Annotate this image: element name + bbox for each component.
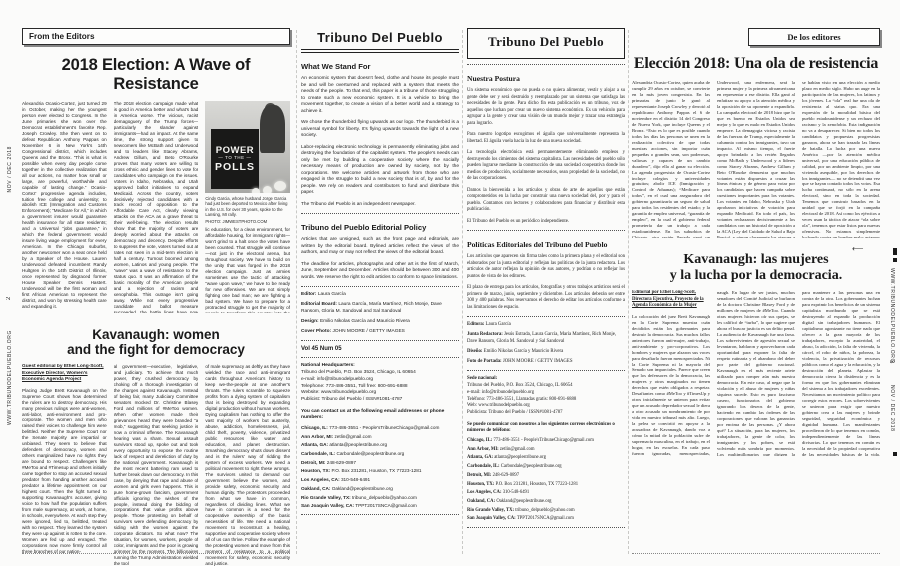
page-fold-line [462, 30, 463, 554]
article-kavanaugh-es-columns: Editorial por Ethel Long-Scott, Director… [632, 290, 880, 456]
title-line: Kavanaugh: las mujeres [683, 252, 828, 267]
staff-junta-redactora: Junta Redactora: Jesús Estrada, Laura Ga… [467, 332, 625, 345]
article-column: se habían visto en una elección a medio … [802, 80, 880, 238]
contact-line: Houston, TX: P.O. Box 231281, Houston, T… [301, 468, 459, 474]
left-margin-date: NOV / DEC 2018 [7, 146, 13, 192]
article-title-eleccion-2018: Elección 2018: Una ola de resistencia [632, 55, 880, 73]
contact-line: Los Angeles, CA: 310-548-6491 [467, 490, 625, 496]
contact-info: zetlin@gmail.com [334, 434, 371, 439]
contact-info: tribuno_delpueblo@yahoo.com [515, 508, 574, 513]
dotted-divider [301, 514, 459, 515]
contact-city: Chicago, IL: [467, 438, 492, 443]
title-line: y la lucha por la democracia. [670, 268, 842, 283]
staff-label: Design: [301, 319, 319, 324]
contact-info: Oakland@peoplestribune.org [332, 486, 393, 491]
dotted-divider [467, 230, 625, 231]
dotted-divider [467, 64, 625, 65]
page-masthead-english: Tribuno Del Pueblo What We Stand For An … [301, 28, 459, 552]
contact-line: Detroit, MI: 248-629-0897 [301, 460, 459, 466]
contact-line: Atlanta, GA: atlanta@peoplestribune.org [301, 442, 459, 448]
hq-email: e-mail: info@tribunodelpueblo.org [301, 377, 459, 384]
hq-website: Web: www.tribunodelpueblo.org [467, 403, 625, 410]
paragraph: Para nuestro logotipo escogimos el águil… [467, 132, 625, 145]
contact-city: Detroit, MI: [467, 473, 491, 478]
contact-info: atlanta@peoplestribune.org [329, 442, 387, 447]
article-column-with-photo: POWER — TO THE — POLLS Cindy Garcia, who… [205, 101, 290, 313]
left-margin-page-number: 2 [6, 296, 12, 300]
staff-label: Editor: [301, 292, 316, 297]
editorial-byline: Editorial por Ethel Long-Scott, Director… [632, 290, 710, 309]
dotted-divider [301, 286, 459, 287]
contact-line: San Joaquin Valley, CA: TPPT2017SNCA@gma… [301, 503, 459, 509]
masthead-title: Tribuno Del Pueblo [301, 28, 459, 53]
kicker-wrap: De los editores [632, 28, 880, 46]
dotted-divider [301, 357, 459, 358]
staff-value: JOHN MOORE / GETTY IMAGES [503, 359, 573, 364]
contact-intro: Se puede comunicar con nosotros a los si… [467, 422, 625, 435]
paragraph: Articles that are unsigned, such as the … [301, 237, 459, 257]
contact-line: Ann Arbor, MI: zetlin@gmail.com [467, 447, 625, 453]
photo-caption: Cindy Garcia, whose husband Jorge Garcia… [205, 196, 290, 218]
contact-city: Detroit, MI: [301, 460, 325, 465]
contact-info: 248-629-0897 [327, 460, 356, 465]
contact-city: Rio Grande Valley, TX: [467, 508, 514, 513]
photo-credit: PHOTO: JIMWESTPHOTO.COM [205, 219, 290, 224]
dotted-divider [301, 213, 459, 214]
contact-info: 248-629-0897 [493, 473, 520, 478]
contact-line: Rio Grande Valley, TX: tribuno_delpueblo… [301, 495, 459, 501]
contact-line: Chicago, IL: 773-486-3551 - People'sTrib… [301, 425, 459, 431]
paragraph: The deadline for articles, photographs a… [301, 262, 459, 282]
staff-design: Design: Emilio Nikolas García and Mauric… [301, 319, 459, 325]
contact-line: Detroit, MI: 248-629-0897 [467, 473, 625, 479]
volume-number: Vol 45 Num 05 [301, 346, 459, 352]
staff-diseno: Diseño: Emilio Nikolas García y Mauricio… [467, 349, 625, 355]
article-column: Guest editorial by Ethel Long-Scott, Exe… [22, 364, 107, 566]
contact-city: Ann Arbor, MI: [301, 434, 333, 439]
paragraph: El Tribuno del Pueblo es un periódico in… [467, 219, 625, 226]
contact-line: Oakland, CA: Oakland@peoplestribune.org [301, 486, 459, 492]
dotted-divider [467, 316, 625, 317]
page-spanish-editorials: De los editores Elección 2018: Una ola d… [632, 28, 880, 554]
paragraph: La tecnología electrónica está permanent… [467, 150, 625, 183]
paragraph: The Tribuno del Pueblo is an independent… [301, 202, 459, 209]
contact-info: 773-486-3551 - People'sTribuneChicago@gm… [493, 438, 593, 443]
contact-info: 310-548-6491 [341, 477, 370, 482]
contact-city: Houston, TX: [467, 482, 494, 487]
title-line: and the fight for democracy [67, 342, 245, 357]
contact-intro: You can contact us at the following emai… [301, 409, 459, 422]
contact-info: Carbondale@peoplestribune.org [501, 464, 562, 469]
flowers [274, 181, 286, 191]
contact-info: TPPT2017SNCA@gmail.com [355, 503, 417, 508]
paragraph: Los artículos que aparecen sin firma tal… [467, 254, 625, 280]
article-eleccion-2018-columns: Alexandria Ocasio-Cortez, quien acaba de… [632, 80, 880, 238]
article-title-kavanaugh-en: Kavanaugh: women and the fight for democ… [22, 327, 290, 357]
article-title-kavanaugh-es: Kavanaugh: las mujeres y la lucha por la… [632, 252, 880, 283]
contact-city: Los Angeles, CA: [467, 490, 502, 495]
article-column: of male supremacy as deftly as they have… [205, 364, 290, 566]
page-bottom-rule [632, 553, 880, 554]
flowers [263, 186, 272, 193]
contact-line: Ann Arbor, MI: zetlin@gmail.com [301, 434, 459, 440]
article-column: lic education, for a clean environment, … [205, 227, 290, 313]
contact-line: Carbondale, IL: Carbondale@peoplestribun… [467, 464, 625, 470]
staff-cover-photo: Cover Photo: JOHN MOORE / GETTY IMAGES [301, 329, 459, 335]
staff-value: Laura García [486, 322, 511, 327]
article-column: Alexandria Ocasio-Cortez, quien acaba de… [632, 80, 710, 238]
contact-info: TPPT2017SNCA@gmail.com [517, 516, 574, 521]
paragraph: We chose the thunderbird flying upwards … [301, 120, 459, 140]
contact-info: P.O. Box 231281, Houston, TX 77223-1281 [495, 482, 578, 487]
left-margin-website: WWW.TRIBUNODELPUEBLO.ORG [7, 330, 13, 425]
contact-city: Atlanta, GA: [301, 442, 328, 447]
right-margin-page-number: 3 [888, 360, 894, 364]
contact-city: Houston, TX: [301, 468, 330, 473]
paragraph: Un sistema económico que no pueda o no q… [467, 88, 625, 127]
contact-info: 773-486-3551 - People'sTribuneChicago@gm… [329, 425, 439, 430]
heading-editorial-policy: Tribuno del Pueblo Editorial Policy [301, 223, 459, 232]
article-title-2018-election: 2018 Election: A Wave of Resistance [22, 56, 290, 94]
page-fold-line [296, 30, 297, 554]
hq-email: e-mail: info@tribunodelpueblo.org [467, 390, 625, 397]
sign-line: POWER [216, 146, 254, 156]
registration-mark [893, 452, 897, 456]
paragraph: El plazo de entrega para los artículos, … [467, 285, 625, 311]
kicker-de-los-editores: De los editores [748, 28, 880, 46]
article-column: Underwood, una enfermera, será la primer… [717, 80, 795, 238]
paragraph: Damos la bienvenida a los artículos y ob… [467, 188, 625, 214]
contact-info: Oakland@peoplestribune.org [496, 499, 551, 504]
kicker-from-the-editors: From the Editors [22, 28, 290, 45]
contact-line: Chicago, IL: 773-486-3551 - People'sTrib… [467, 438, 625, 444]
title-line: Kavanaugh: women [92, 327, 220, 342]
paragraph: An economic system that doesn't feed, cl… [301, 76, 459, 115]
right-margin-website: WWW.TRIBUNODELPUEBLO.ORG [889, 268, 895, 363]
paragraph: Labor-replacing electronic technology is… [301, 145, 459, 197]
contact-info: 310-548-6491 [503, 490, 530, 495]
contact-line: San Joaquin Valley, CA: TPPT2017SNCA@gma… [467, 516, 625, 522]
sign-line: POLLS [215, 162, 255, 173]
contact-city: Carbondale, IL: [467, 464, 500, 469]
speaker-figure [260, 105, 285, 153]
masthead-box: Tribuno Del Pueblo [467, 28, 625, 59]
masthead-title: Tribuno Del Pueblo [468, 32, 624, 54]
right-margin-date: NOV / DEC 2018 [889, 385, 895, 431]
page-english-editorials: From the Editors 2018 Election: A Wave o… [22, 28, 290, 554]
staff-editorial-board: Editorial Board: Laura García, María Mar… [301, 302, 459, 315]
contact-info: zetlin@gmail.com [500, 447, 535, 452]
article-column: Editorial por Ethel Long-Scott, Director… [632, 290, 710, 456]
contact-city: Los Angeles, CA: [301, 477, 340, 482]
staff-foto-de-portada: Foto de Portada: JOHN MOORE / GETTY IMAG… [467, 359, 625, 365]
article-text: Placing Judge Brett Kavanaugh on the Sup… [22, 388, 107, 555]
contact-city: Carbondale, IL: [301, 451, 335, 456]
contact-line: Atlanta, GA: atlanta@peoplestribune.org [467, 455, 625, 461]
contact-info: P.O. Box 231281, Houston, TX 77223-1281 [331, 468, 421, 473]
page-fold-line [628, 30, 629, 554]
dotted-divider [467, 370, 625, 371]
contact-info: tribuno_delpueblo@yahoo.com [352, 495, 417, 500]
heading-what-we-stand-for: What We Stand For [301, 62, 459, 71]
hq-title: National Headquarters: [301, 363, 459, 368]
hq-title: Sede nacional: [467, 376, 625, 381]
hq-publicist: Publicist: Tribuno del Pueblo / ISSN#108… [301, 397, 459, 404]
staff-label: Diseño: [467, 349, 482, 354]
rally-photo: POWER — TO THE — POLLS [205, 101, 290, 193]
contact-info: atlanta@peoplestribune.org [494, 455, 546, 460]
heading-nuestra-postura: Nuestra Postura [467, 74, 625, 83]
staff-label: Junta Redactora: [467, 332, 503, 337]
contact-city: Oakland, CA: [301, 486, 330, 491]
article-column: al government—executive, legislative, an… [114, 364, 199, 566]
hq-publicist: Publicista: Tribuno del Pueblo / ISSN#10… [467, 410, 625, 417]
contact-line: Houston, TX: P.O. Box 231281, Houston, T… [467, 482, 625, 488]
staff-value: Laura García [318, 292, 346, 297]
article-text: La colocación del juez Brett Kavanaugh e… [632, 314, 710, 457]
staff-editora: Editora: Laura García [467, 322, 625, 328]
guest-editorial-byline: Guest editorial by Ethel Long-Scott, Exe… [22, 364, 107, 383]
page-masthead-spanish: Tribuno Del Pueblo Nuestra Postura Un si… [467, 28, 625, 552]
registration-mark [893, 258, 897, 262]
hq-address: Tribuno del Pueblo, P.O. Box 3524, Chica… [301, 370, 459, 377]
contact-city: Chicago, IL: [301, 425, 328, 430]
article-kavanaugh-en-columns: Guest editorial by Ethel Long-Scott, Exe… [22, 364, 290, 566]
contact-city: San Joaquin Valley, CA: [467, 516, 516, 521]
contact-city: Atlanta, GA: [467, 455, 493, 460]
article-column: para mantener a las personas una en cont… [802, 290, 880, 456]
staff-value: Emilio Nikolas García y Mauricio Rivera [484, 349, 564, 354]
contact-line: Rio Grande Valley, TX: tribuno_delpueblo… [467, 508, 625, 514]
staff-value: JOHN MOORE / GETTY IMAGES [332, 329, 404, 334]
flowers [252, 188, 260, 193]
staff-label: Editora: [467, 322, 484, 327]
registration-mark [893, 248, 897, 255]
staff-value: Emilio Nikolas García and Mauricio River… [320, 319, 410, 324]
contact-line: Los Angeles, CA: 310-548-6491 [301, 477, 459, 483]
heading-politicas-editoriales: Políticas Editoriales del Tribuno del Pu… [467, 240, 625, 249]
power-to-the-polls-sign: POWER — TO THE — POLLS [211, 129, 258, 190]
article-column: The 2018 election campaign made what is … [114, 101, 199, 313]
contact-city: Ann Arbor, MI: [467, 447, 499, 452]
dotted-divider [301, 340, 459, 341]
contact-line: Carbondale, IL: Carbondale@peoplestribun… [301, 451, 459, 457]
article-column: Alexandria Ocasio-Cortez, just turned 29… [22, 101, 107, 313]
dotted-divider [467, 527, 625, 528]
staff-label: Editorial Board: [301, 302, 337, 307]
contact-city: Rio Grande Valley, TX: [301, 495, 351, 500]
article-2018-election-columns: Alexandria Ocasio-Cortez, just turned 29… [22, 101, 290, 313]
article-column: naugh. En lugar de ser justos, muchos se… [717, 290, 795, 456]
staff-editor: Editor: Laura García [301, 292, 459, 298]
contact-city: Oakland, CA: [467, 499, 495, 504]
contact-info: Carbondale@peoplestribune.org [336, 451, 404, 456]
page-bottom-rule [22, 553, 290, 554]
hq-phone: Teléfono: 773-486-3551, Llamadas gratis:… [467, 397, 625, 404]
staff-label: Foto de Portada: [467, 359, 502, 364]
hq-address: Tribuno del Pueblo, P.O. Box 3524, Chica… [467, 383, 625, 390]
contact-city: San Joaquin Valley, CA: [301, 503, 354, 508]
contact-line: Oakland, CA: Oakland@peoplestribune.org [467, 499, 625, 505]
staff-label: Cover Photo: [301, 329, 331, 334]
